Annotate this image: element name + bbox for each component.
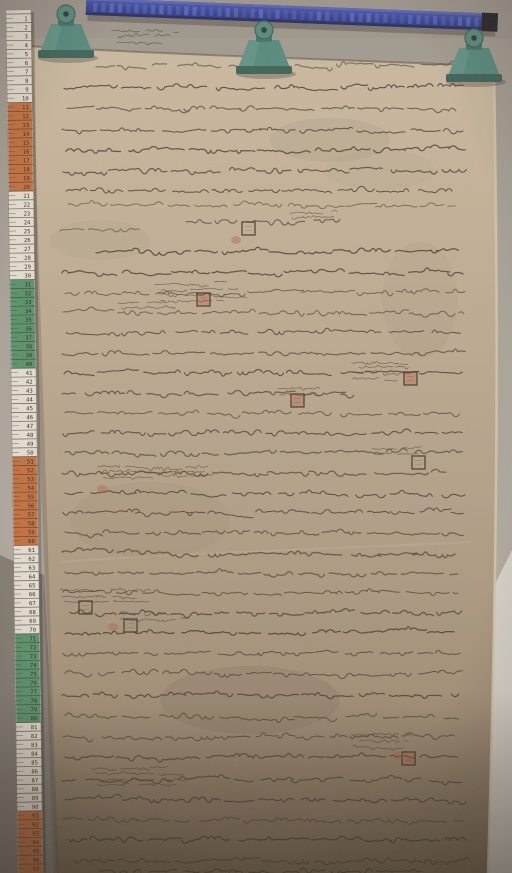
manuscript-photo-scene: 1234567891011121314151617181920212223242… xyxy=(0,0,512,873)
manuscript-photograph: 1234567891011121314151617181920212223242… xyxy=(0,0,512,873)
photo-grain-overlay xyxy=(0,0,512,873)
